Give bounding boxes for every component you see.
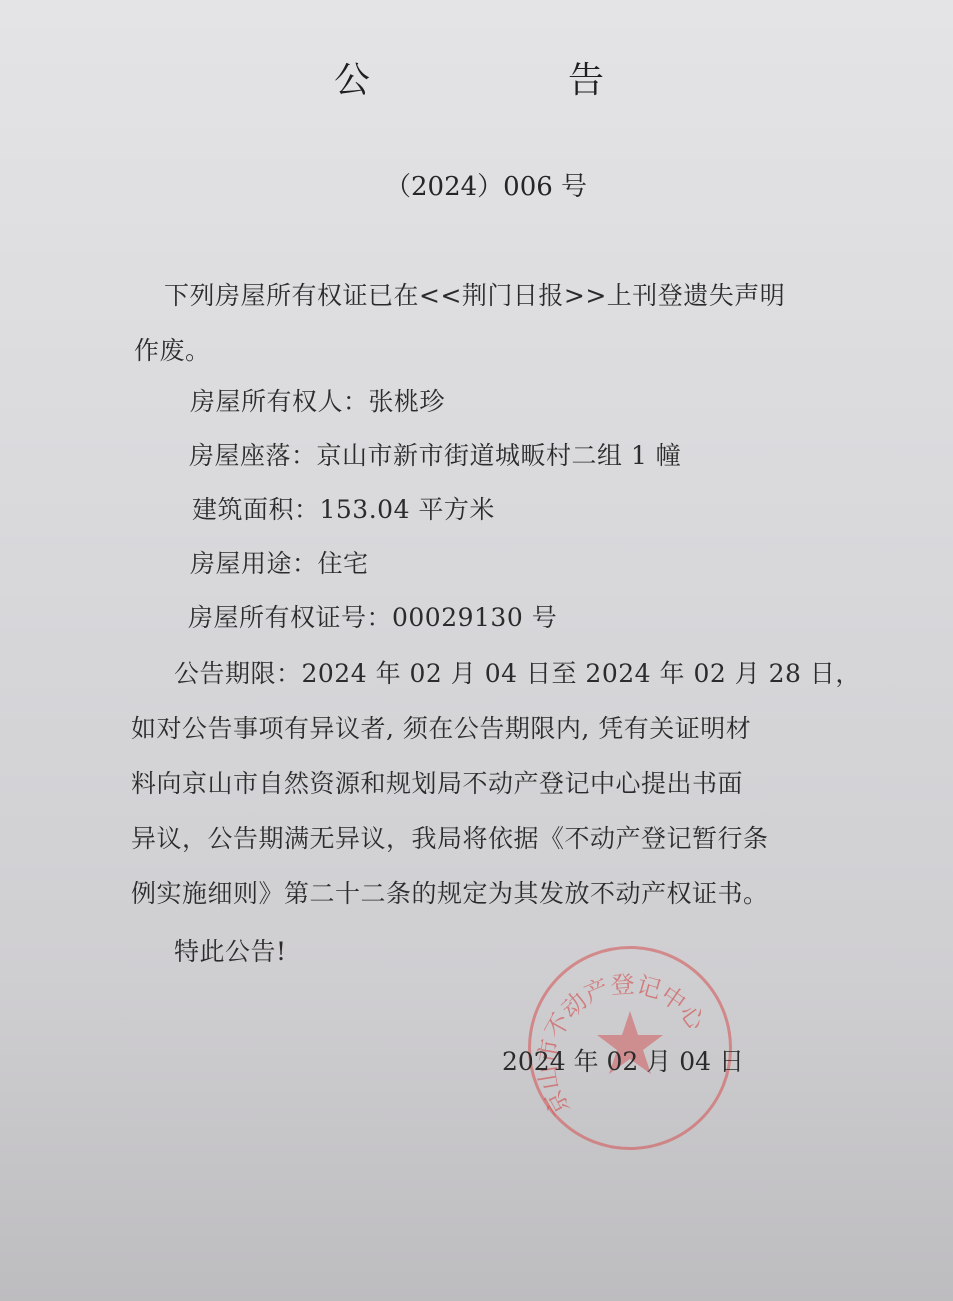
area-field: 建筑面积：153.04 平方米 (192, 490, 495, 526)
owner-field: 房屋所有权人：张桃珍 (190, 382, 445, 418)
title-char-1: 公 (334, 52, 370, 103)
notice-title: 公 告 (334, 52, 604, 103)
notice-document: 公 告 （2024）006 号 下列房屋所有权证已在<<荆门日报>>上刊登遗失声… (0, 0, 953, 1301)
period-line-5: 例实施细则》第二十二条的规定为其发放不动产权证书。 (131, 874, 769, 910)
intro-line-2: 作废。 (134, 331, 211, 367)
title-char-2: 告 (568, 52, 604, 103)
closing-text: 特此公告! (174, 932, 287, 968)
period-line-1: 公告期限：2024 年 02 月 04 日至 2024 年 02 月 28 日， (174, 654, 861, 690)
certificate-number-field: 房屋所有权证号：00029130 号 (188, 598, 557, 634)
period-line-2: 如对公告事项有异议者, 须在公告期限内, 凭有关证明材 (131, 709, 751, 745)
document-number: （2024）006 号 (385, 166, 587, 203)
location-field: 房屋座落：京山市新市街道城畈村二组 1 幢 (189, 436, 681, 472)
intro-line-1: 下列房屋所有权证已在<<荆门日报>>上刊登遗失声明 (164, 276, 785, 312)
signature-date: 2024 年 02 月 04 日 (502, 1042, 744, 1078)
period-line-4: 异议，公告期满无异议，我局将依据《不动产登记暂行条 (131, 819, 769, 855)
usage-field: 房屋用途：住宅 (190, 544, 369, 580)
period-line-3: 料向京山市自然资源和规划局不动产登记中心提出书面 (131, 764, 743, 800)
